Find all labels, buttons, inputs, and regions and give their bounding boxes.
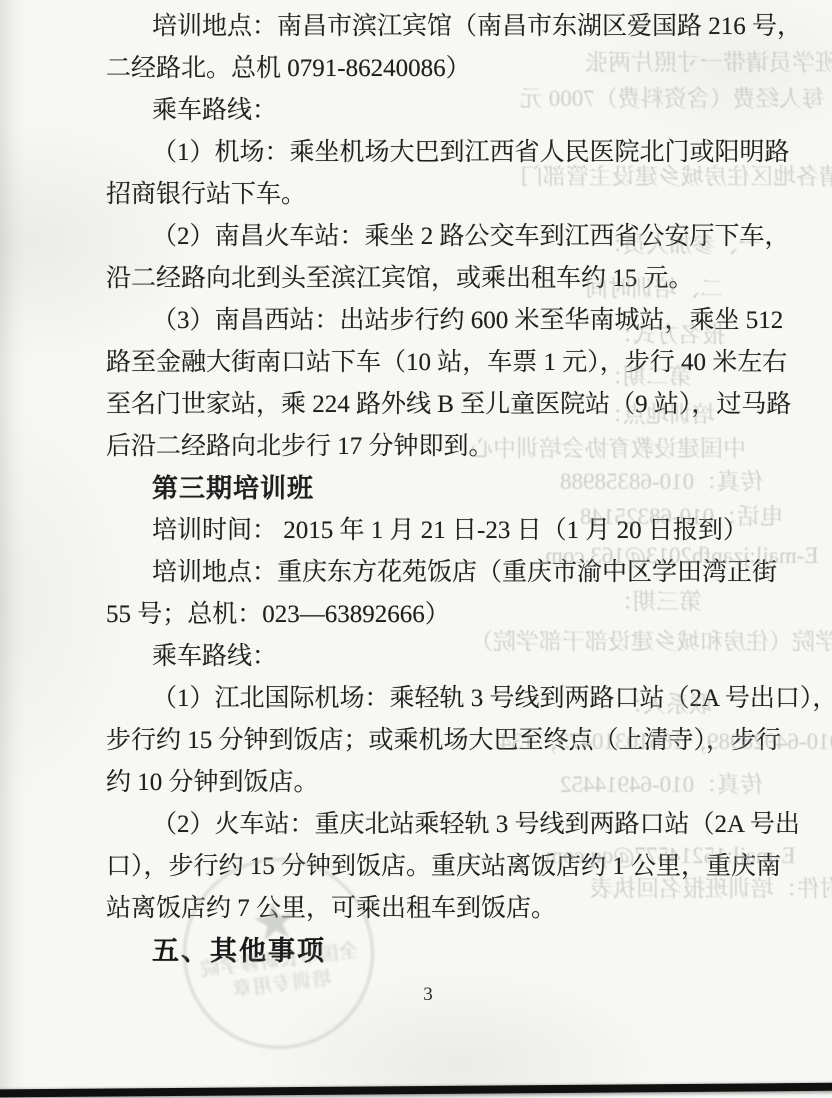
text-line: （2）火车站：重庆北站乘轻轨 3 号线到两路口站（2A 号出 [106, 804, 746, 846]
text-line: 口），步行约 15 分钟到饭店。重庆站离饭店约 1 公里，重庆南 [106, 846, 746, 888]
text-line: 约 10 分钟到饭店。 [106, 762, 746, 804]
text-column: 培训地点：南昌市滨江宾馆（南昌市东湖区爱国路 216 号，二经路北。总机 079… [106, 6, 746, 972]
text-line: （2）南昌火车站：乘坐 2 路公交车到江西省公安厅下车， [106, 216, 746, 258]
text-line: 步行约 15 分钟到饭店；或乘机场大巴至终点（上清寺），步行 [106, 720, 746, 762]
text-line: （1）机场：乘坐机场大巴到江西省人民医院北门或阳明路 [106, 132, 746, 174]
page-number: 3 [414, 984, 442, 1006]
text-line: 二经路北。总机 0791-86240086） [106, 48, 746, 90]
text-line: 至名门世家站，乘 224 路外线 B 至儿童医院站（9 站），过马路 [106, 384, 746, 426]
text-line: （1）江北国际机场：乘轻轨 3 号线到两路口站（2A 号出口）， [106, 678, 746, 720]
text-line: 培训时间： 2015 年 1 月 21 日-23 日（1 月 20 日报到） [106, 510, 746, 552]
scanned-page: { "page": { "number": "3" }, "colors": {… [0, 0, 832, 1098]
text-line: 乘车路线： [106, 636, 746, 678]
section-heading: 第三期培训班 [106, 468, 746, 510]
text-line: 站离饭店约 7 公里，可乘出租车到饭店。 [106, 888, 746, 930]
text-line: 沿二经路向北到头至滨江宾馆，或乘出租车约 15 元。 [106, 258, 746, 300]
scan-edge-band [0, 1083, 832, 1098]
section-heading: 五、其他事项 [106, 930, 746, 972]
text-line: 后沿二经路向北步行 17 分钟即到。 [106, 426, 746, 468]
text-line: 培训地点：南昌市滨江宾馆（南昌市东湖区爱国路 216 号， [106, 6, 746, 48]
text-line: （3）南昌西站：出站步行约 600 米至华南城站，乘坐 512 [106, 300, 746, 342]
text-line: 培训地点：重庆东方花苑饭店（重庆市渝中区学田湾正街 [106, 552, 746, 594]
text-line: 乘车路线： [106, 90, 746, 132]
text-line: 路至金融大街南口站下车（10 站，车票 1 元），步行 40 米左右 [106, 342, 746, 384]
text-line: 55 号；总机：023—63892666） [106, 594, 746, 636]
text-line: 招商银行站下车。 [106, 174, 746, 216]
